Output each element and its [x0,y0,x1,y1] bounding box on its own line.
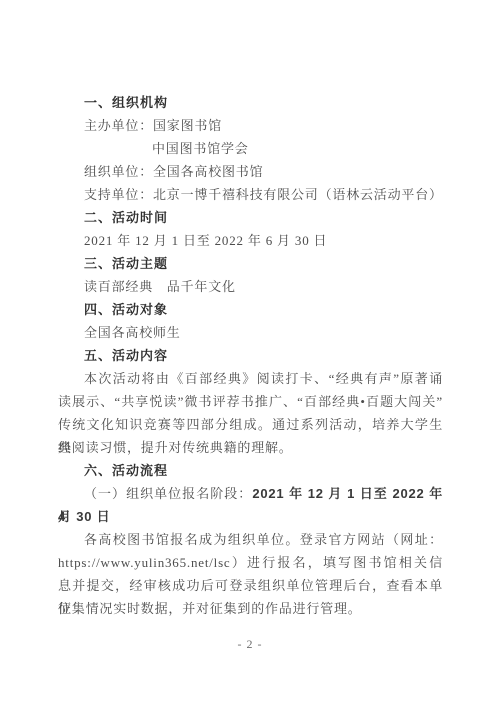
section-heading-content: 五、活动内容 [58,344,443,367]
line-process-paragraph-2: https://www.yulin365.net/lsc）进行报名，填写图书馆相… [58,551,443,574]
line-process-paragraph-4: 征集情况实时数据，并对征集到的作品进行管理。 [58,597,443,620]
line-activity-audience: 全国各高校师生 [58,321,443,344]
line-host-unit: 主办单位：国家图书馆 [58,114,443,137]
line-content-paragraph-4: 典阅读习惯，提升对传统典籍的理解。 [58,436,443,459]
line-stage-one-date-wrap: 月 30 日 [58,505,443,528]
line-activity-theme: 读百部经典 品千年文化 [58,275,443,298]
section-heading-theme: 三、活动主题 [58,252,443,275]
document-page: 一、组织机构 主办单位：国家图书馆 中国图书馆学会 组织单位：全国各高校图书馆 … [0,0,500,707]
section-heading-time: 二、活动时间 [58,206,443,229]
line-organizing-unit: 组织单位：全国各高校图书馆 [58,160,443,183]
line-content-paragraph-1: 本次活动将由《百部经典》阅读打卡、“经典有声”原著诵 [58,367,443,390]
stage-one-label: （一）组织单位报名阶段： [84,486,252,501]
document-content: 一、组织机构 主办单位：国家图书馆 中国图书馆学会 组织单位：全国各高校图书馆 … [58,91,443,620]
section-heading-audience: 四、活动对象 [58,298,443,321]
line-content-paragraph-2: 读展示、“共享悦读”微书评荐书推广、“百部经典•百题大闯关” [58,390,443,413]
line-stage-one: （一）组织单位报名阶段：2021 年 12 月 1 日至 2022 年 4 [58,482,443,505]
line-host-unit-second: 中国图书馆学会 [58,137,443,160]
line-process-paragraph-1: 各高校图书馆报名成为组织单位。登录官方网站（网址： [58,528,443,551]
section-heading-process: 六、活动流程 [58,459,443,482]
line-content-paragraph-3: 传统文化知识竞赛等四部分组成。通过系列活动，培养大学生经 [58,413,443,436]
line-support-unit: 支持单位：北京一博千禧科技有限公司（语林云活动平台） [58,183,443,206]
line-process-paragraph-3: 息并提交，经审核成功后可登录组织单位管理后台，查看本单位 [58,574,443,597]
page-number: - 2 - [0,637,500,652]
section-heading-organization: 一、组织机构 [58,91,443,114]
line-activity-time: 2021 年 12 月 1 日至 2022 年 6 月 30 日 [58,229,443,252]
stage-one-date-bold-wrap: 月 30 日 [58,509,110,524]
